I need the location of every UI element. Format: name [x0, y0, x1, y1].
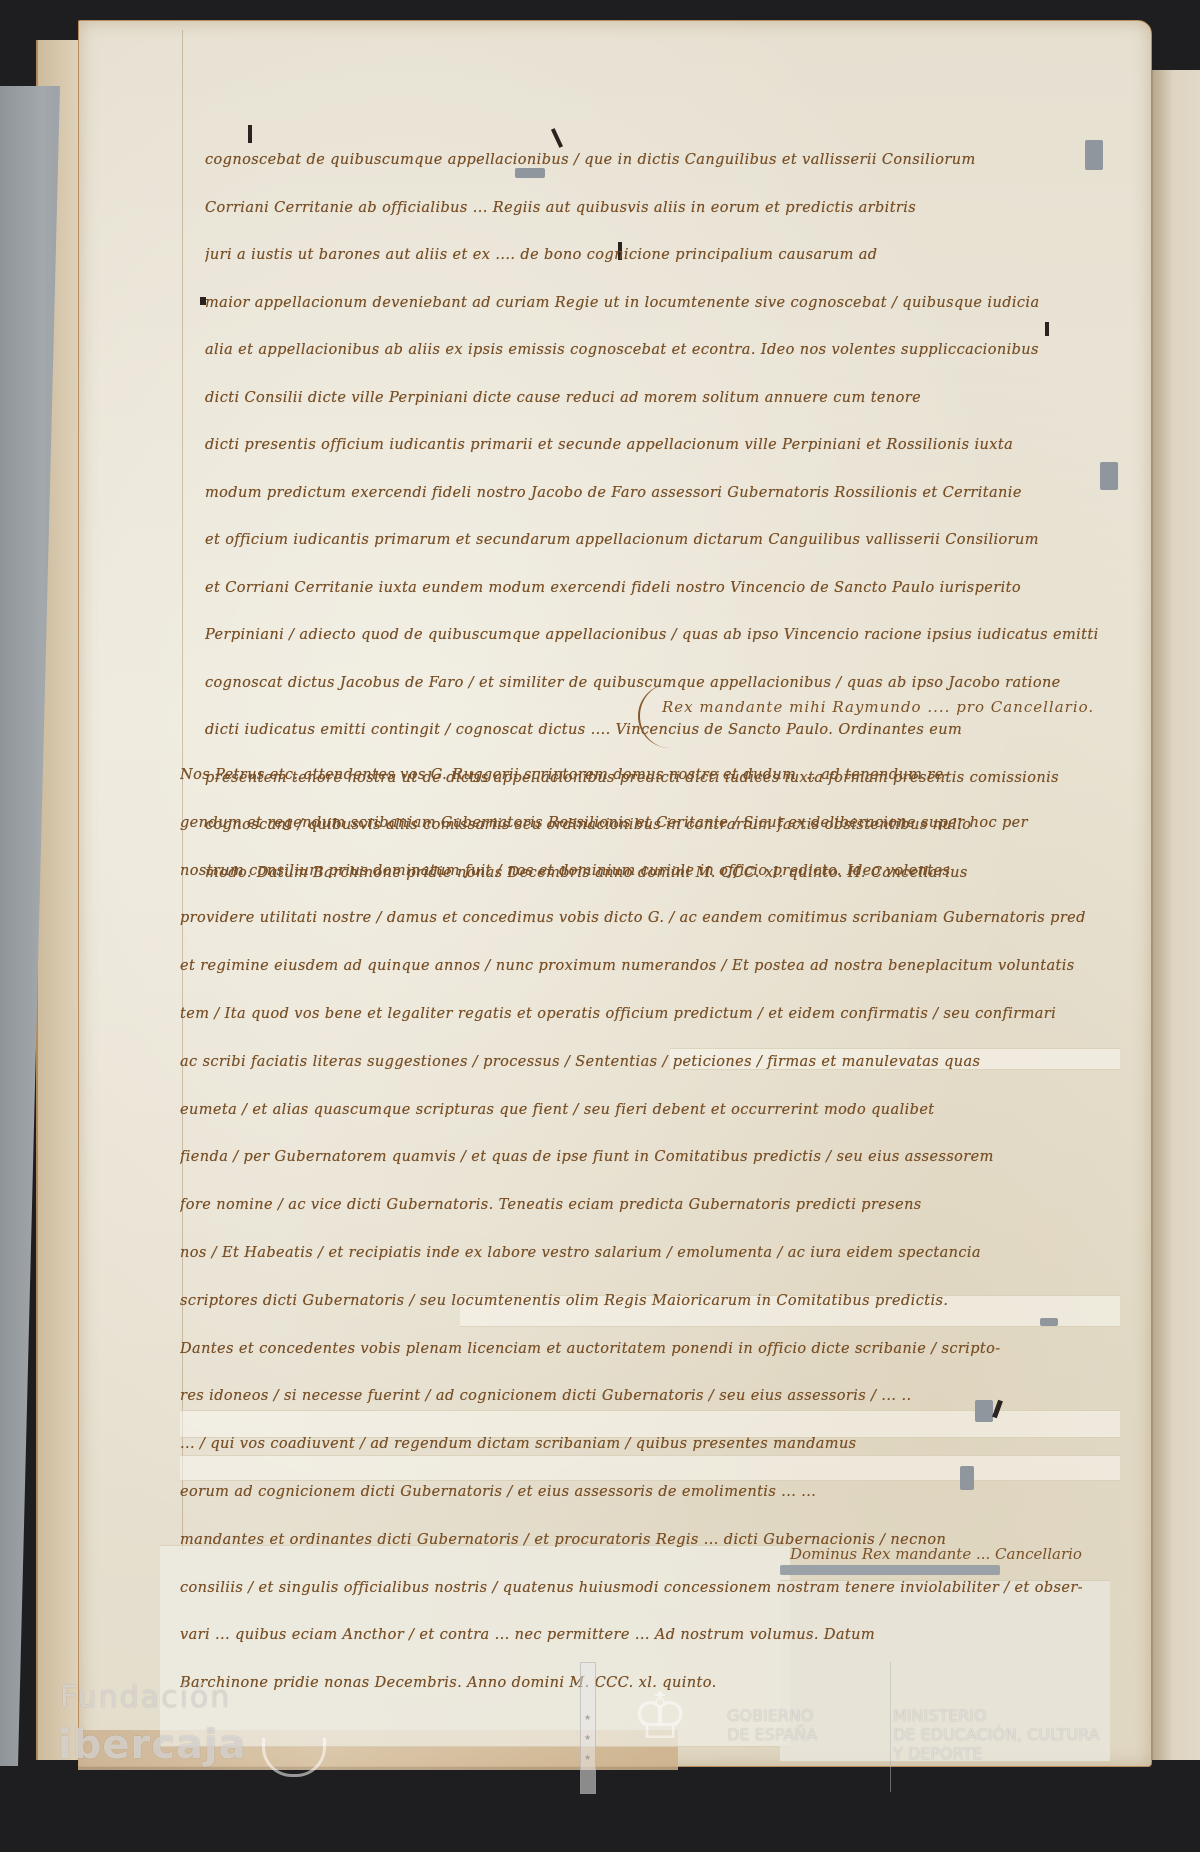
text-line: fienda / per Gubernatorem quamvis / et q… [180, 1150, 1085, 1168]
ministerio-watermark: MINISTERIO DE EDUCACIÓN, CULTURA Y DEPOR… [893, 1706, 1100, 1764]
text-line: nostrum consilium prius dominatum fuit /… [180, 864, 1085, 882]
text-line: eorum ad cognicionem dicti Gubernatoris … [180, 1485, 1085, 1503]
text-line: cognoscebat de quibuscumque appellacioni… [205, 153, 1110, 171]
text-line: et officium iudicantis primarum et secun… [205, 533, 1110, 551]
text-line: nos / Et Habeatis / et recipiatis inde e… [180, 1246, 1085, 1264]
text-line: providere utilitati nostre / damus et co… [180, 911, 1085, 929]
text-line: alia et appellacionibus ab aliis ex ipsi… [205, 343, 1110, 361]
watermark-divider [890, 1662, 891, 1792]
gobierno-line1: GOBIERNO [727, 1706, 817, 1725]
ibercaja-watermark-line2: ibercaja [58, 1722, 247, 1768]
text-line: maior appellacionum deveniebant ad curia… [205, 296, 1110, 314]
text-line: eumeta / et alias quascumque scripturas … [180, 1103, 1085, 1121]
text-line: consiliis / et singulis officialibus nos… [180, 1581, 1085, 1599]
adjacent-page-edge [1150, 70, 1200, 1760]
gobierno-line2: DE ESPAÑA [727, 1725, 817, 1744]
text-line: res idoneos / si necesse fuerint / ad co… [180, 1389, 1085, 1407]
ministerio-line1: MINISTERIO [893, 1706, 1100, 1725]
text-line: et Corriani Cerritanie iuxta eundem modu… [205, 581, 1110, 599]
text-line: Corriani Cerritanie ab officialibus ... … [205, 201, 1110, 219]
text-line: scriptores dicti Gubernatoris / seu locu… [180, 1294, 1085, 1312]
text-line: juri a iustis ut barones aut aliis et ex… [205, 248, 1110, 266]
gobierno-watermark: GOBIERNO DE ESPAÑA [727, 1706, 817, 1744]
ibercaja-watermark-line1: Fundación [60, 1680, 231, 1715]
ministerio-line3: Y DEPORTE [893, 1744, 1100, 1763]
text-line: tem / Ita quod vos bene et legaliter reg… [180, 1007, 1085, 1025]
text-line: dicti Consilii dicte ville Perpiniani di… [205, 391, 1110, 409]
text-line: ... / qui vos coadiuvent / ad regendum d… [180, 1437, 1085, 1455]
coat-of-arms-icon: ♔ [625, 1680, 695, 1772]
text-line: Dantes et concedentes vobis plenam licen… [180, 1342, 1085, 1360]
text-line: ac scribi faciatis literas suggestiones … [180, 1055, 1085, 1073]
text-block-2: Nos Petrus etc. attendentes vos G. Rugge… [180, 768, 1085, 1724]
signature-text: Rex mandante mihi Raymundo .... pro Canc… [662, 698, 1094, 716]
ink-mark [248, 125, 252, 143]
text-line: Nos Petrus etc. attendentes vos G. Rugge… [180, 768, 1085, 786]
ministerio-line2: DE EDUCACIÓN, CULTURA [893, 1725, 1100, 1744]
ibercaja-logo-icon [262, 1738, 326, 1777]
text-line: et regimine eiusdem ad quinque annos / n… [180, 959, 1085, 977]
text-line: vari ... quibus eciam Ancthor / et contr… [180, 1628, 1085, 1646]
spain-flag-icon: ★ ★ ★ [580, 1662, 596, 1794]
text-line: Perpiniani / adiecto quod de quibuscumqu… [205, 628, 1110, 646]
text-line: fore nomine / ac vice dicti Gubernatoris… [180, 1198, 1085, 1216]
text-line: modum predictum exercendi fideli nostro … [205, 486, 1110, 504]
text-line: gendum et regendum scribaniam Gubernator… [180, 816, 1085, 834]
chancery-subscription-2: Dominus Rex mandante ... Cancellario [790, 1545, 1110, 1575]
text-line: dicti presentis officium iudicantis prim… [205, 438, 1110, 456]
chancery-subscription-1: Rex mandante mihi Raymundo .... pro Canc… [638, 684, 1020, 748]
